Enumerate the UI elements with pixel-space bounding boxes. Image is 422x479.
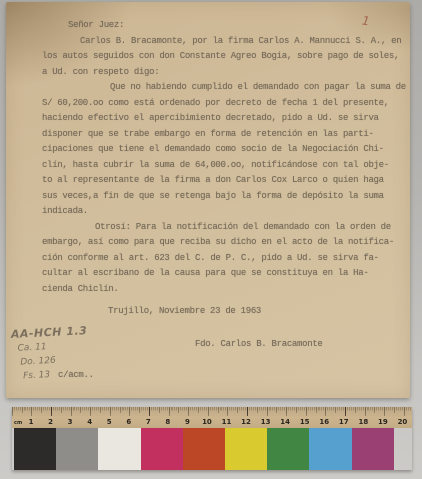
letter-line: disponer que se trabe embargo en forma d…: [42, 127, 408, 143]
color-patch-magenta: [141, 428, 183, 470]
letter-line: clín, hasta cubrir la suma de 64,000.oo,…: [42, 158, 408, 174]
color-patch-white: [98, 428, 140, 470]
ruler-number: 6: [126, 418, 131, 426]
ruler-scale: cm 1234567891011121314151617181920: [12, 407, 412, 428]
ruler-number: 1: [29, 418, 34, 426]
letter-line: los autos seguidos con don Constante Agr…: [42, 49, 408, 65]
ruler-unit-label: cm: [14, 420, 22, 426]
letter-line: cienda Chiclín.: [42, 282, 408, 298]
ruler-number: 15: [300, 418, 310, 426]
letter-line: Otrosí: Para la notificación del demanda…: [42, 220, 408, 236]
ruler-number: 16: [319, 418, 329, 426]
letter-line: a Ud. con respeto digo:: [42, 65, 408, 81]
ruler-number: 20: [398, 418, 408, 426]
ruler-number: 4: [87, 418, 92, 426]
ruler-number: 14: [280, 418, 290, 426]
letter-line: cipaciones que tiene el demandado como s…: [42, 142, 408, 158]
ruler-number: 18: [358, 418, 368, 426]
letter-line: indicada.: [42, 204, 408, 220]
color-patch-strip: [14, 428, 394, 470]
color-patch-gray-mid: [56, 428, 98, 470]
color-patch-green: [267, 428, 309, 470]
ruler-number: 8: [165, 418, 170, 426]
ruler-number: 5: [107, 418, 112, 426]
letter-line: haciendo efectivo el apercibimiento decr…: [42, 111, 408, 127]
color-calibration-ruler: cm 1234567891011121314151617181920: [12, 407, 412, 470]
ruler-number: 12: [241, 418, 251, 426]
letter-line: ción conforme al art. 623 del C. de P. C…: [42, 251, 408, 267]
letter-line: Carlos B. Bracamonte, por la firma Carlo…: [42, 34, 408, 50]
ruler-number: 2: [48, 418, 53, 426]
archival-note: AA-HCH 1.3Ca. 11Do. 126Fs. 13: [11, 324, 90, 384]
ruler-number: 19: [378, 418, 388, 426]
color-patch-yellow: [225, 428, 267, 470]
letter-body: Señor Juez:Carlos B. Bracamonte, por la …: [42, 18, 408, 297]
ruler-number: 3: [68, 418, 73, 426]
ruler-number: 11: [222, 418, 232, 426]
letter-line: cultar al escribano de la causa para que…: [42, 266, 408, 282]
dateline: Trujillo, Noviembre 23 de 1963: [108, 306, 261, 316]
letter-line: embargo, así como para que reciba su dic…: [42, 235, 408, 251]
letter-line: to al representante de la firma a don Ca…: [42, 173, 408, 189]
letter-line: Señor Juez:: [42, 18, 408, 34]
color-patch-red: [183, 428, 225, 470]
color-patch-purple: [352, 428, 394, 470]
letter-line: Que no habiendo cumplido el demandado co…: [42, 80, 408, 96]
ruler-number: 9: [185, 418, 190, 426]
letter-line: S/ 60,200.oo como está ordenado por decr…: [42, 96, 408, 112]
letter-line: sus veces,a fin de que se retenga bajo l…: [42, 189, 408, 205]
scanned-photo: 1 Señor Juez:Carlos B. Bracamonte, por l…: [0, 0, 422, 479]
ruler-number: 17: [339, 418, 349, 426]
color-patch-blue: [309, 428, 351, 470]
signature-line: Fdo. Carlos B. Bracamonte: [195, 339, 323, 349]
ruler-number: 10: [202, 418, 212, 426]
color-patch-gray-dark: [14, 428, 56, 470]
ruler-number: 13: [261, 418, 271, 426]
ruler-number: 7: [146, 418, 151, 426]
